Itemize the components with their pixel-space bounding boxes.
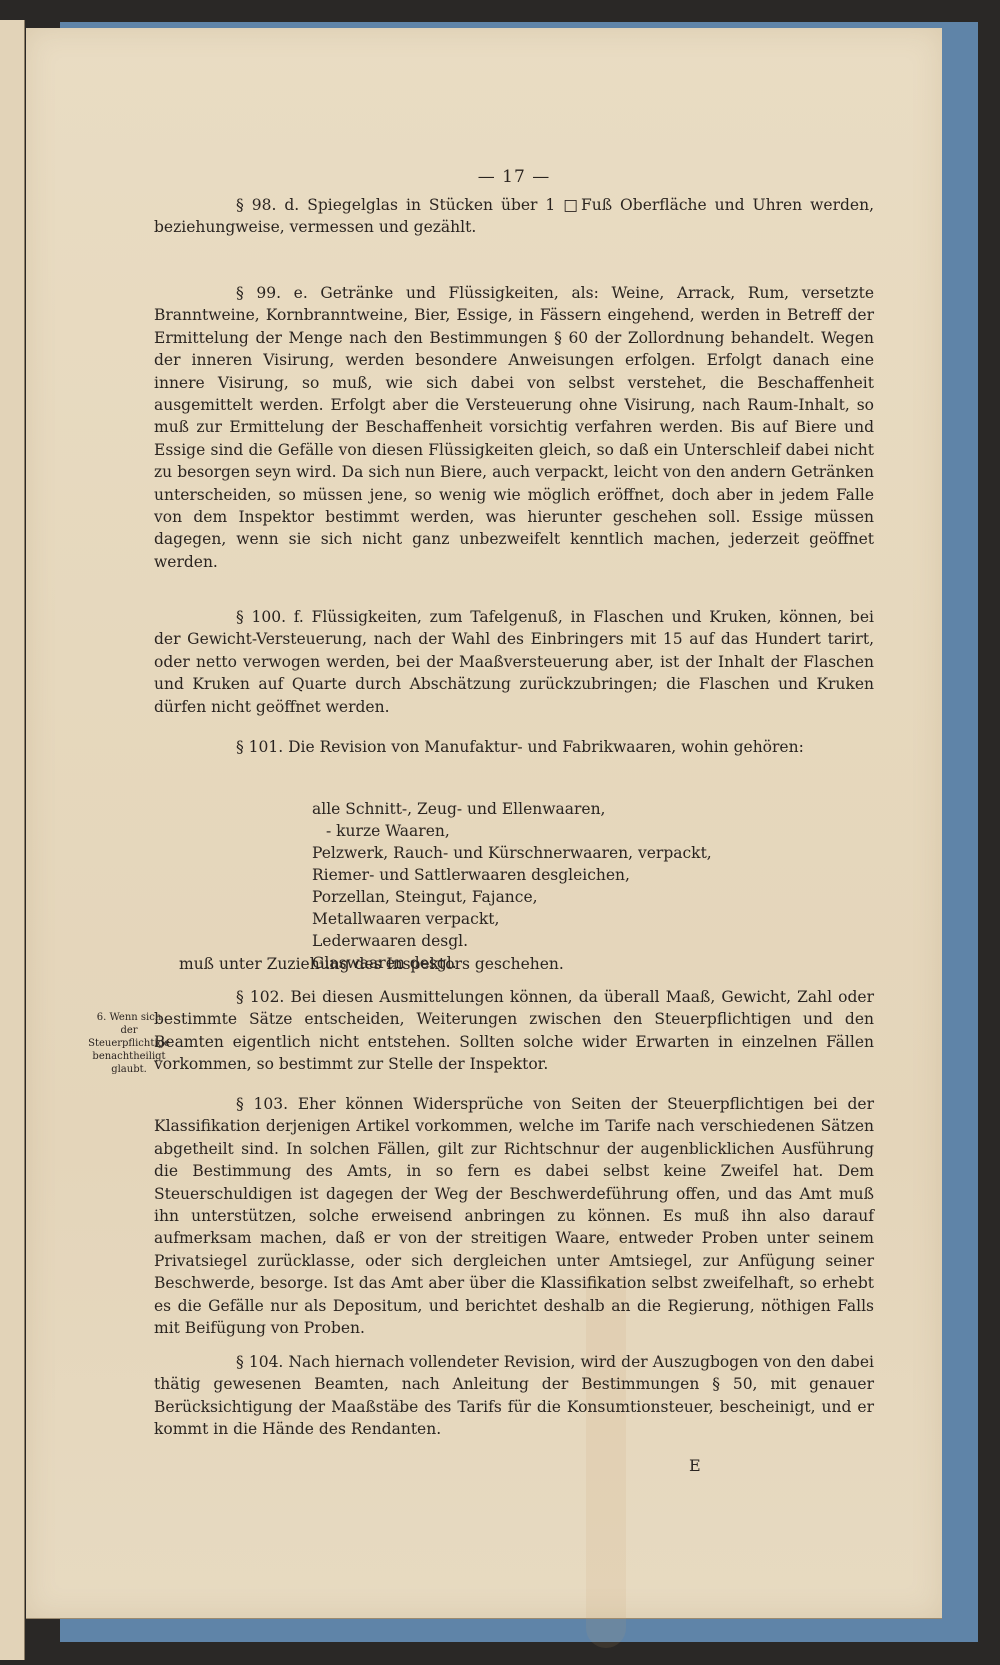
list-item: Lederwaaren desgl. (312, 930, 732, 952)
section-text: § 102. Bei diesen Ausmittelungen können,… (154, 986, 874, 1076)
section-102: § 102. Bei diesen Ausmittelungen können,… (154, 986, 874, 1076)
list-item: alle Schnitt-, Zeug- und Ellenwaaren, (312, 798, 732, 820)
section-text: § 101. Die Revision von Manufaktur- und … (154, 736, 874, 758)
list-item: Porzellan, Steingut, Fajance, (312, 886, 732, 908)
previous-page-edge (0, 20, 25, 1660)
section-text: § 103. Eher können Widersprüche von Seit… (154, 1093, 874, 1339)
list-item: Pelzwerk, Rauch- und Kürschnerwaaren, ve… (312, 842, 732, 864)
list-item: - kurze Waaren, (312, 820, 732, 842)
section-101-closing: muß unter Zuziehung des Inspektors gesch… (179, 953, 779, 975)
goods-list: alle Schnitt-, Zeug- und Ellenwaaren, - … (312, 798, 732, 974)
document-page: 6. Wenn sich der Steuerpflichtige benach… (26, 28, 942, 1619)
section-103: § 103. Eher können Widersprüche von Seit… (154, 1093, 874, 1339)
section-101: § 101. Die Revision von Manufaktur- und … (154, 736, 874, 758)
section-98: § 98. d. Spiegelglas in Stücken über 1 □… (154, 194, 874, 239)
section-text: § 100. f. Flüssigkeiten, zum Tafelgenuß,… (154, 606, 874, 718)
list-item: Riemer- und Sattlerwaaren desgleichen, (312, 864, 732, 886)
section-text: § 98. d. Spiegelglas in Stücken über 1 □… (154, 194, 874, 239)
list-item: Metallwaaren verpackt, (312, 908, 732, 930)
section-text: § 104. Nach hiernach vollendeter Revisio… (154, 1351, 874, 1441)
section-text: § 99. e. Getränke und Flüssigkeiten, als… (154, 282, 874, 573)
signature-mark: E (689, 1455, 701, 1477)
section-104: § 104. Nach hiernach vollendeter Revisio… (154, 1351, 874, 1441)
section-99: § 99. e. Getränke und Flüssigkeiten, als… (154, 282, 874, 573)
section-100: § 100. f. Flüssigkeiten, zum Tafelgenuß,… (154, 606, 874, 718)
page-number: — 17 — (154, 166, 874, 188)
